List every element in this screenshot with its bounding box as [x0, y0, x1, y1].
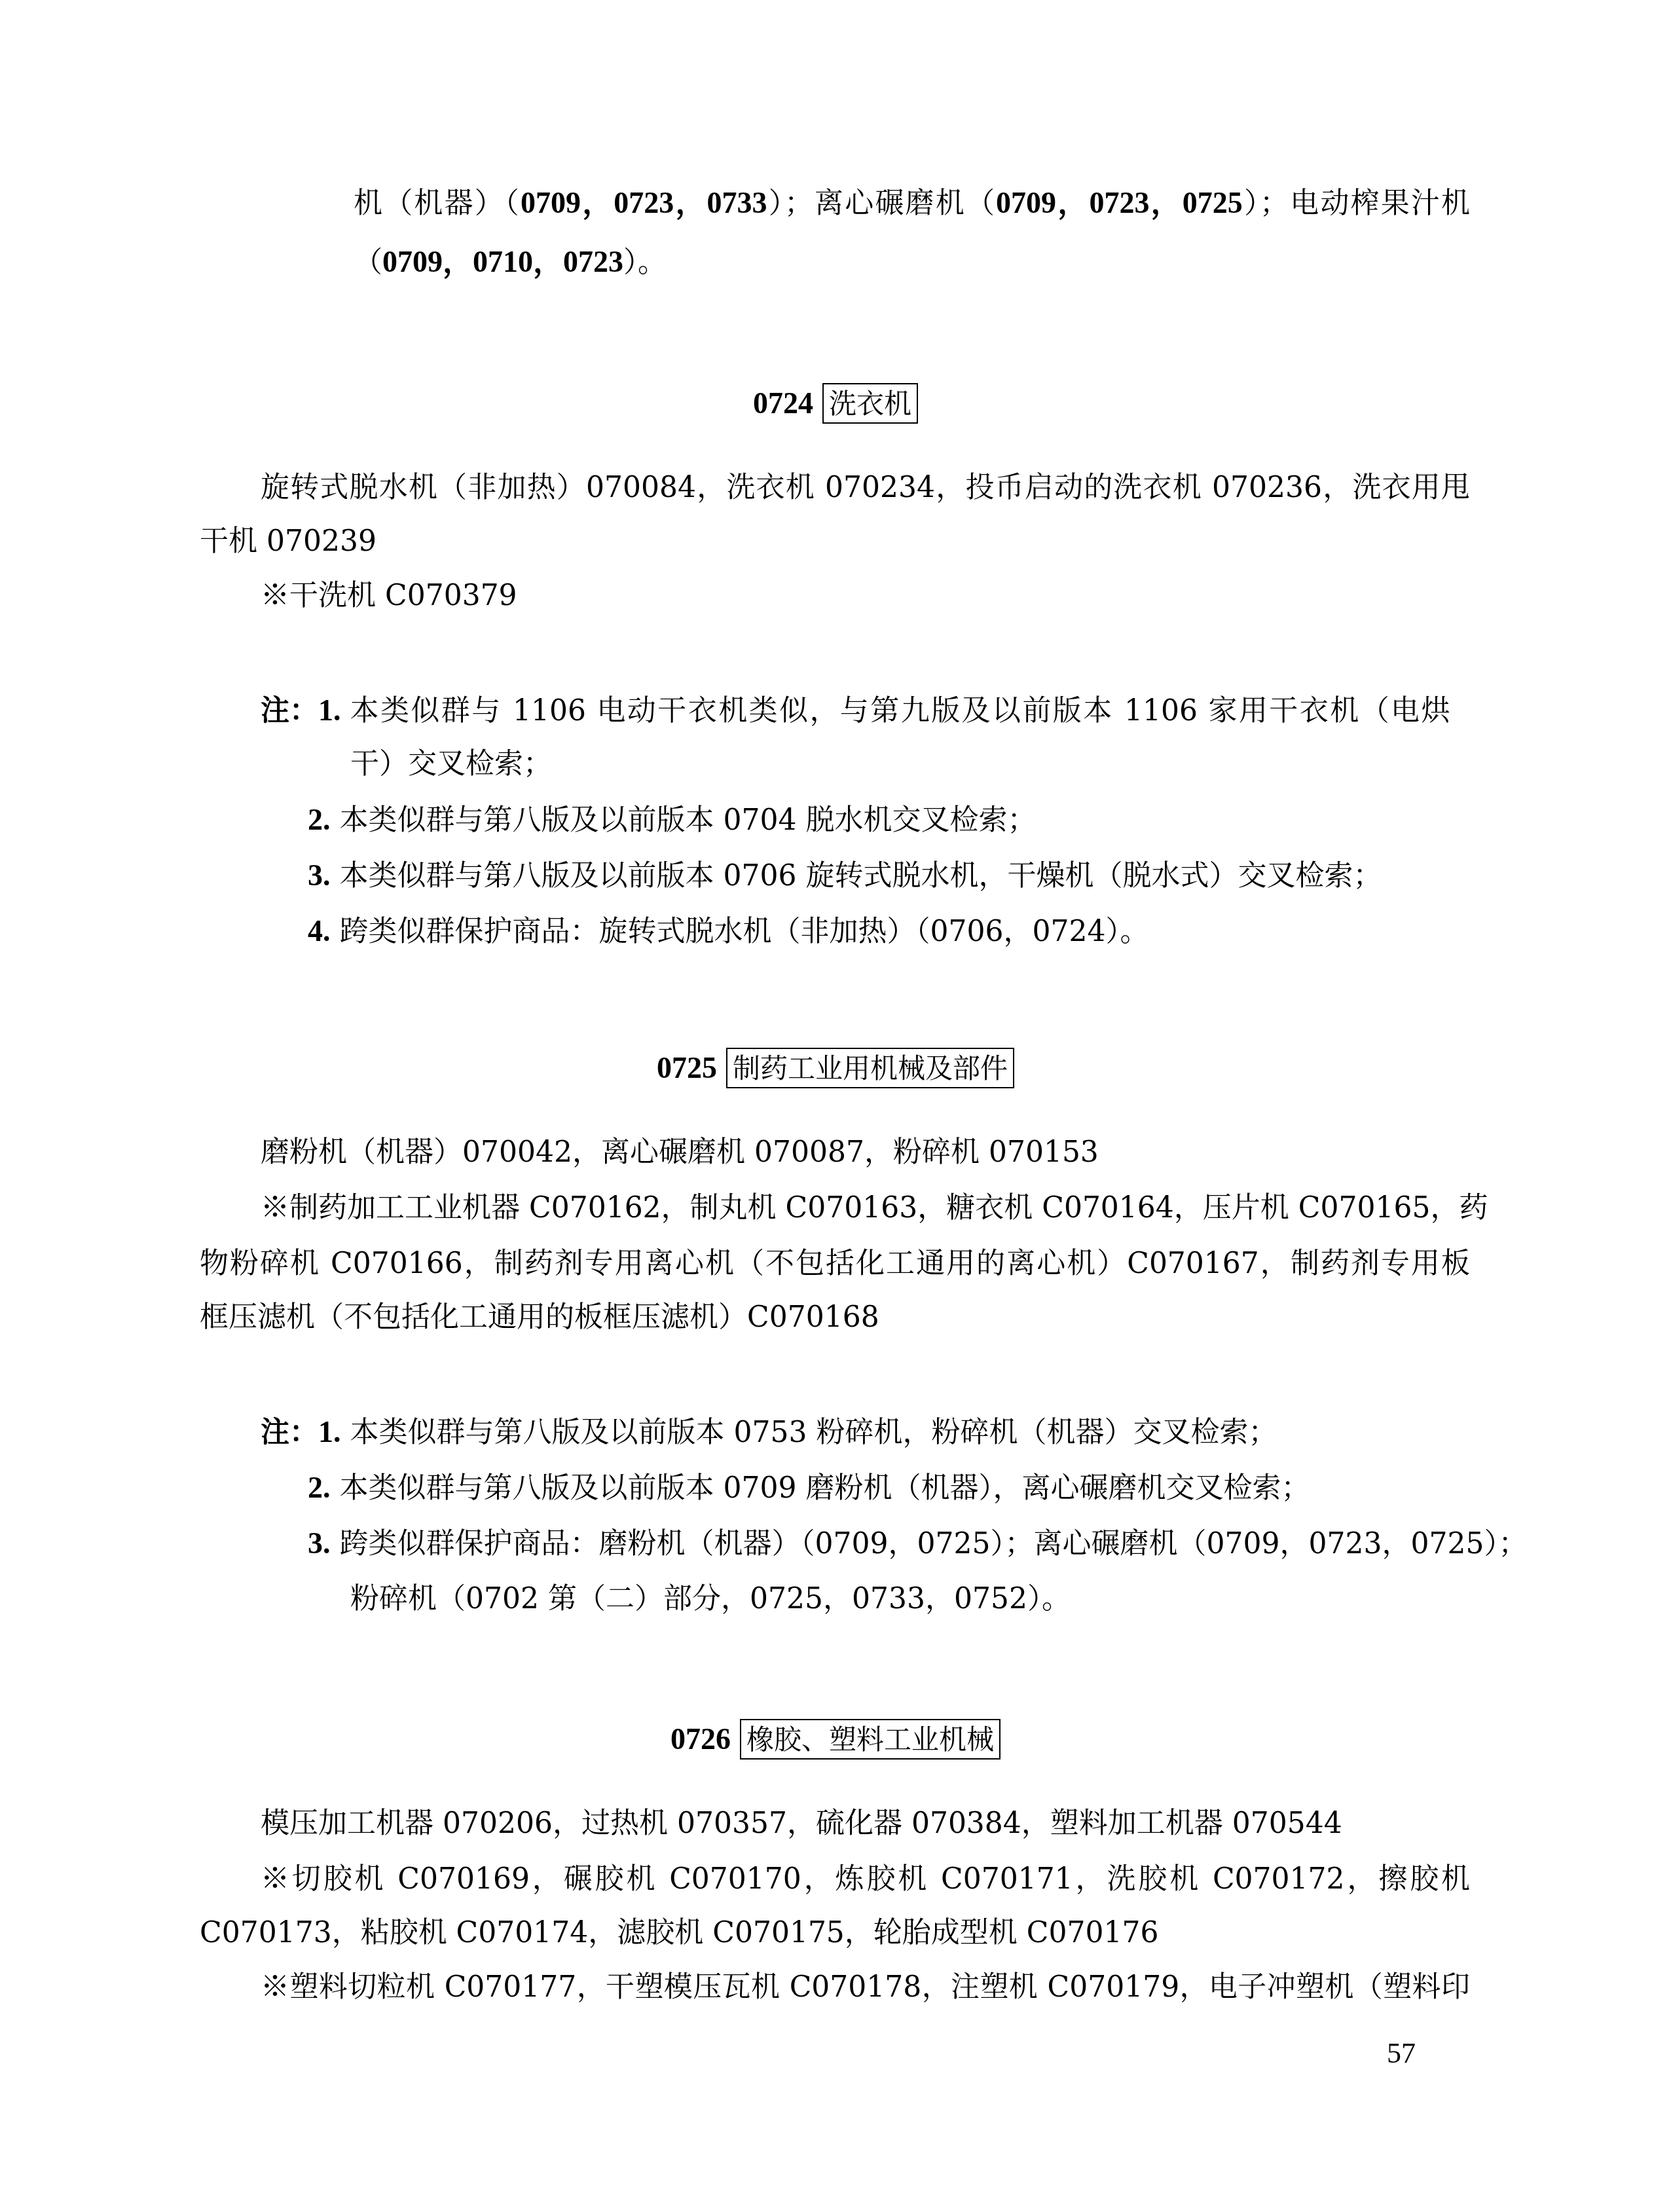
section-title-box: 洗衣机 [822, 383, 918, 424]
extra-item-line: 物粉碎机 C070166，制药剂专用离心机（不包括化工通用的离心机）C07016… [200, 1244, 1470, 1283]
section-heading-0724: 0724洗衣机 [0, 383, 1671, 424]
note-text: 本类似群与第八版及以前版本 0753 粉碎机，粉碎机（机器）交叉检索； [350, 1416, 1277, 1449]
note-num: 2. [308, 1471, 331, 1504]
code-run: 0709，0723，0733 [521, 186, 767, 219]
items-line: 模压加工机器 070206，过热机 070357，硫化器 070384，塑料加工… [261, 1804, 1342, 1843]
extra-item-line: 框压滤机（不包括化工通用的板框压滤机）C070168 [200, 1298, 879, 1337]
extra-item-line: ※干洗机 C070379 [261, 576, 517, 616]
note-text: 跨类似群保护商品：磨粉机（机器）（0709，0725）；离心碾磨机（0709，0… [340, 1524, 1456, 1564]
note-num: 1. [318, 693, 341, 727]
note-3: 3. 本类似群与第八版及以前版本 0706 旋转式脱水机，干燥机（脱水式）交叉检… [308, 856, 1382, 896]
note-1: 注：1. 本类似群与 1106 电动干衣机类似，与第九版及以前版本 1106 家… [261, 691, 1450, 731]
note-prefix: 注： [261, 1416, 318, 1449]
note-2: 2. 本类似群与第八版及以前版本 0704 脱水机交叉检索； [308, 800, 1036, 840]
note-num: 3. [308, 858, 331, 892]
note-num: 3. [308, 1526, 331, 1560]
note-text: 本类似群与第八版及以前版本 0709 磨粉机（机器），离心碾磨机交叉检索； [340, 1471, 1310, 1505]
section-code: 0724 [753, 386, 813, 420]
section-title-box: 制药工业用机械及部件 [726, 1048, 1014, 1088]
note-2: 2. 本类似群与第八版及以前版本 0709 磨粉机（机器），离心碾磨机交叉检索； [308, 1468, 1310, 1508]
text-run: ）；电动榨果汁机 [1243, 187, 1470, 220]
continued-line-1: 机（机器）（0709，0723，0733）；离心碾磨机（0709，0723，07… [354, 183, 1470, 223]
note-num: 4. [308, 914, 331, 948]
continued-line-2: （0709，0710，0723）。 [354, 242, 667, 282]
code-run: 0709，0723，0725 [996, 186, 1243, 219]
extra-item-line: C070173，粘胶机 C070174，滤胶机 C070175，轮胎成型机 C0… [200, 1913, 1158, 1953]
note-1-cont: 干）交叉检索； [350, 745, 552, 784]
items-line: 旋转式脱水机（非加热）070084，洗衣机 070234，投币启动的洗衣机 07… [261, 468, 1470, 507]
note-1: 注：1. 本类似群与第八版及以前版本 0753 粉碎机，粉碎机（机器）交叉检索； [261, 1412, 1277, 1452]
note-4: 4. 跨类似群保护商品：旋转式脱水机（非加热）（0706，0724）。 [308, 912, 1148, 951]
section-code: 0726 [670, 1722, 731, 1756]
section-title-box: 橡胶、塑料工业机械 [740, 1719, 1001, 1760]
code-run: 0709，0710，0723 [382, 245, 623, 278]
extra-item-line: ※切胶机 C070169，碾胶机 C070170，炼胶机 C070171，洗胶机… [261, 1860, 1470, 1899]
page-number: 57 [1387, 2037, 1416, 2070]
note-3-cont: 粉碎机（0702 第（二）部分，0725，0733，0752）。 [350, 1579, 1071, 1619]
note-num: 2. [308, 803, 331, 836]
note-text: 本类似群与第八版及以前版本 0704 脱水机交叉检索； [340, 803, 1037, 837]
note-text: 本类似群与第八版及以前版本 0706 旋转式脱水机，干燥机（脱水式）交叉检索； [340, 859, 1382, 893]
note-prefix: 注： [261, 694, 318, 728]
section-heading-0726: 0726橡胶、塑料工业机械 [0, 1719, 1671, 1760]
items-line: 干机 070239 [200, 522, 376, 561]
section-code: 0725 [657, 1051, 717, 1084]
extra-item-line: ※制药加工工业机器 C070162，制丸机 C070163，糖衣机 C07016… [261, 1189, 1470, 1228]
note-text: 本类似群与 1106 电动干衣机类似，与第九版及以前版本 1106 家用干衣机（… [350, 691, 1450, 731]
text-run: ）；离心碾磨机（ [767, 187, 996, 220]
items-line: 磨粉机（机器）070042，离心碾磨机 070087，粉碎机 070153 [261, 1133, 1099, 1172]
section-heading-0725: 0725制药工业用机械及部件 [0, 1048, 1671, 1088]
note-3: 3. 跨类似群保护商品：磨粉机（机器）（0709，0725）；离心碾磨机（070… [308, 1524, 1456, 1564]
text-run: 机（机器）（ [354, 187, 521, 220]
text-run: （ [354, 246, 382, 279]
note-num: 1. [318, 1415, 341, 1448]
extra-item-line: ※塑料切粒机 C070177，干塑模压瓦机 C070178，注塑机 C07017… [261, 1968, 1470, 2007]
note-text: 跨类似群保护商品：旋转式脱水机（非加热）（0706，0724）。 [340, 915, 1149, 948]
text-run: ）。 [623, 246, 667, 279]
